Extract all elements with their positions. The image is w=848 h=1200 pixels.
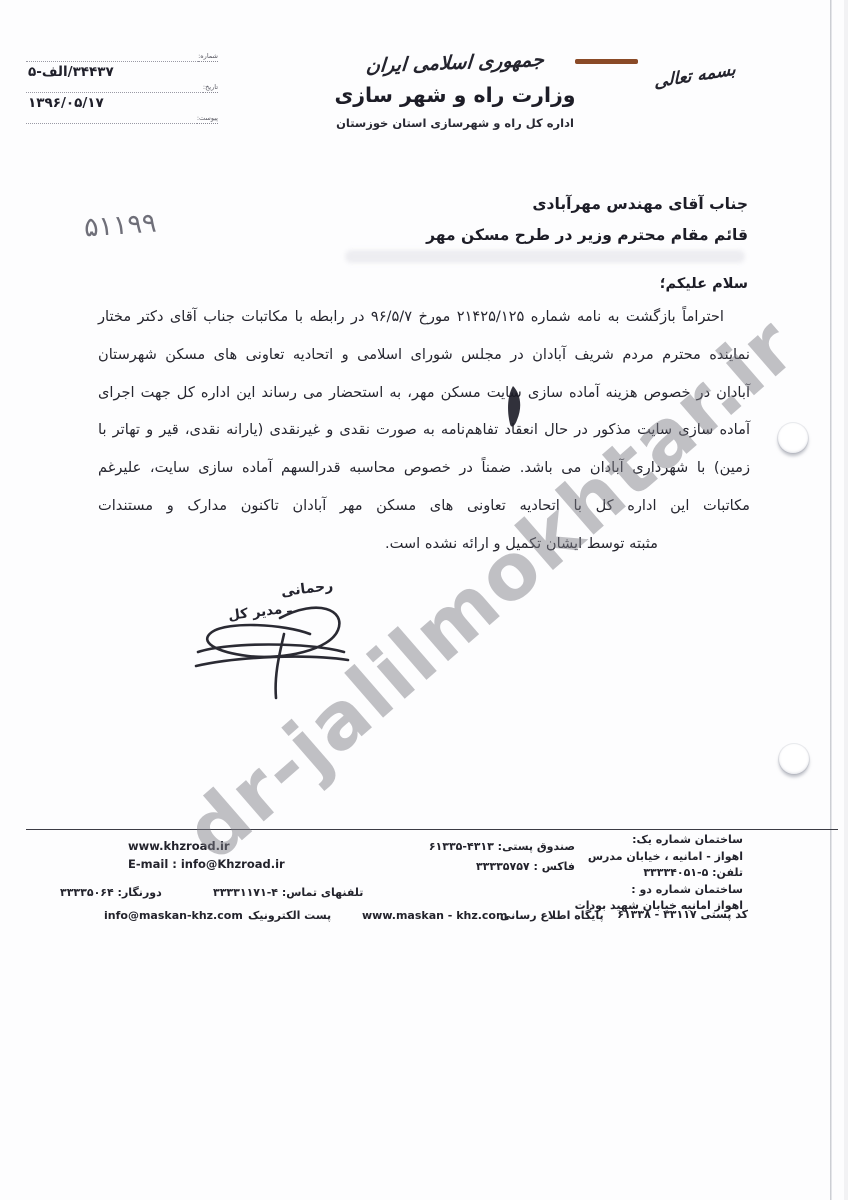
letterhead-department: اداره کل راه و شهرسازی استان خوزستان (300, 116, 610, 130)
bismillah-calligraphy: بسمه تعالی (641, 57, 750, 94)
footer-building-info: ساختمان شماره یک: اهواز - امانیه ، خیابا… (575, 832, 743, 915)
scanned-letter-page: dr-jalilmokhtar.ir شماره: ۳۴۴۳۷/الف-۵ تا… (0, 0, 848, 1200)
recipient-title: قائم مقام محترم وزیر در طرح مسکن مهر (426, 220, 748, 251)
punch-hole-bottom (779, 744, 809, 774)
recipient-name: جناب آقای مهندس مهرآبادی (426, 189, 748, 220)
ref-date-value: ۱۳۹۶/۰۵/۱۷ (26, 95, 218, 114)
footer-postal-code: کد پستی ۳۳۱۱۷ - ۶۱۳۳۸ (617, 908, 748, 921)
footer-website-link[interactable]: www.khzroad.ir (128, 837, 285, 855)
footer-building1-phone: تلفن: ۵-۳۳۳۳۴۰۵۱ (575, 865, 743, 882)
footer-email2-label: پست الکترونیک (248, 909, 331, 922)
dotted-leader (26, 55, 198, 62)
scan-page-edge-line (830, 0, 832, 1200)
footer-web-email: www.khzroad.ir E-mail : info@Khzroad.ir (128, 837, 285, 873)
letterhead-ministry: وزارت راه و شهر سازی (300, 83, 610, 107)
ref-date-row: تاریخ: (26, 83, 218, 93)
signature-scribble (188, 590, 358, 700)
footer-fax2: دورنگار: ۳۳۳۳۵۰۶۴ (60, 886, 162, 899)
letterhead: جمهوری اسلامی ایران وزارت راه و شهر سازی… (300, 52, 610, 130)
ref-number-row: شماره: (26, 52, 218, 62)
scan-right-margin (844, 0, 848, 1200)
footer-building1-title: ساختمان شماره یک: (575, 832, 743, 849)
reference-block: شماره: ۳۴۴۳۷/الف-۵ تاریخ: ۱۳۹۶/۰۵/۱۷ پیو… (26, 52, 218, 126)
letterhead-accent-line (575, 59, 638, 64)
ref-number-value: ۳۴۴۳۷/الف-۵ (26, 64, 218, 83)
dotted-leader (26, 117, 197, 124)
pen-mark (502, 384, 528, 432)
salutation: سلام علیکم؛ (660, 276, 748, 292)
footer-building2-title: ساختمان شماره دو : (575, 882, 743, 899)
footer-po-box: صندوق پستی: ۴۳۱۳-۶۱۳۳۵ (429, 837, 575, 857)
footer-email2-link[interactable]: info@maskan-khz.com (104, 909, 243, 922)
footer-building1-address: اهواز - امانیه ، خیابان مدرس (575, 849, 743, 866)
footer-fax: فاکس : ۳۳۳۳۵۷۵۷ (429, 857, 575, 877)
ref-number-label: شماره: (198, 52, 218, 62)
footer-portal-url-link[interactable]: www.maskan - khz.com (362, 909, 507, 922)
ref-attachment-row: پیوست: (26, 114, 218, 124)
dotted-leader (26, 86, 203, 93)
footer-portal-label: پایگاه اطلاع رسانی (500, 909, 604, 922)
footer-email-link[interactable]: E-mail : info@Khzroad.ir (128, 855, 285, 873)
letter-body: احتراماً بازگشت به نامه شماره ۲۱۴۲۵/۱۲۵ … (98, 298, 750, 525)
ref-attachment-label: پیوست: (197, 114, 218, 124)
footer-divider (26, 829, 838, 830)
footer-pobox-fax: صندوق پستی: ۴۳۱۳-۶۱۳۳۵ فاکس : ۳۳۳۳۵۷۵۷ (429, 837, 575, 877)
punch-hole-top (778, 423, 808, 453)
handwritten-registry-number: ۵۱۱۹۹ (83, 208, 158, 244)
ref-date-label: تاریخ: (203, 83, 218, 93)
letterhead-republic: جمهوری اسلامی ایران (299, 47, 611, 80)
recipient-block: جناب آقای مهندس مهرآبادی قائم مقام محترم… (426, 189, 748, 251)
footer-contact-phones: تلفنهای تماس: ۴-۳۳۳۳۱۱۷۱ (213, 886, 363, 899)
letter-body-wrap: احتراماً بازگشت به نامه شماره ۲۱۴۲۵/۱۲۵ … (98, 298, 750, 563)
ghost-bleedthrough-text (345, 250, 745, 263)
letter-body-last-line: مثبته توسط ایشان تکمیل و ارائه نشده است. (98, 525, 750, 563)
